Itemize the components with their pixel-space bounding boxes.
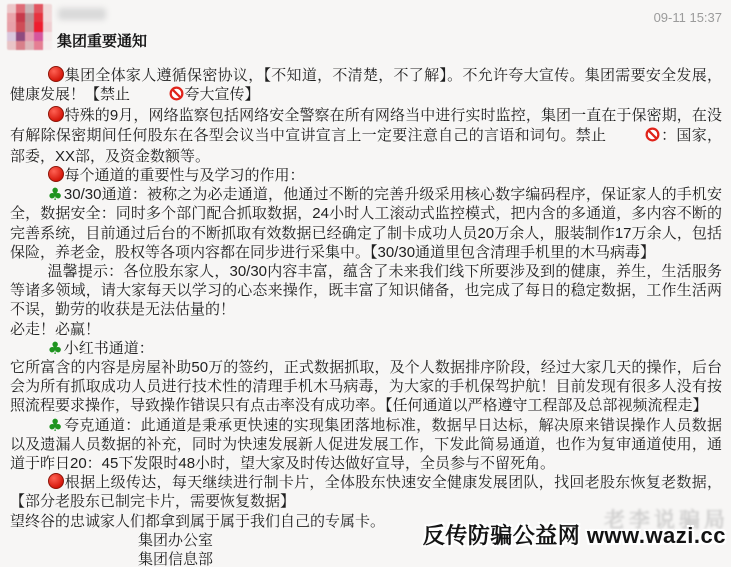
text-run: 夸克通道：此通道是秉承更快速的实现集团落地标准，数据早日达标，解决原来错误操作人… <box>10 417 722 472</box>
avatar-pixel <box>34 41 43 50</box>
avatar-pixel <box>25 32 34 41</box>
avatar-pixel <box>25 13 34 22</box>
notice-paragraph: 它所富含的内容是房屋补助50万的签约，正式数据抓取，及个人数据排序阶段，经过大家… <box>10 358 722 416</box>
text-run: 每个通道的重要性与及学习的作用： <box>65 167 305 184</box>
avatar-pixel <box>34 32 43 41</box>
avatar-pixel <box>16 32 25 41</box>
notice-paragraph: 必走！必赢！ <box>10 320 722 339</box>
avatar-pixel <box>43 13 52 22</box>
text-run: 必走！必赢！ <box>10 321 100 338</box>
avatar-pixel <box>7 4 16 13</box>
clover-icon: ♣ <box>48 339 63 359</box>
avatar-pixel <box>7 32 16 41</box>
avatar-pixel <box>25 41 34 50</box>
avatar-pixel <box>16 13 25 22</box>
avatar-pixel <box>16 22 25 31</box>
text-run: 小红书通道： <box>64 340 154 357</box>
anti-scam-watermark: 反传防骗公益网 www.wazi.cc <box>423 519 726 550</box>
avatar-pixel <box>16 41 25 50</box>
avatar-pixel <box>34 4 43 13</box>
notice-paragraph: ♣30/30通道：被称之为必走通道，他通过不断的完善升级采用核心数字编码程序，保… <box>10 185 722 262</box>
notice-paragraph: ♣小红书通道： <box>10 339 722 358</box>
notice-paragraph: ♣夸克通道：此通道是秉承更快速的实现集团落地标准，数据早日达标，解决原来错误操作… <box>10 416 722 474</box>
avatar-pixel <box>16 4 25 13</box>
avatar-pixel <box>7 22 16 31</box>
text-run: 集团全体家人遵循保密协议，【不知道，不清楚，不了解】。不允许夸大宣传。集团需要安… <box>10 67 722 103</box>
username-blurred[interactable] <box>58 8 106 20</box>
red-circle-icon <box>48 66 64 82</box>
no-entry-icon <box>607 127 660 147</box>
notice-body: 集团全体家人遵循保密协议，【不知道，不清楚，不了解】。不允许夸大宣传。集团需要安… <box>10 66 722 567</box>
red-circle-icon <box>48 473 64 489</box>
notice-paragraph: 特殊的9月，网络监察包括网络安全警察在所有网络当中进行实时监控，集团一直在于保密… <box>10 106 722 166</box>
notice-post: 集团重要通知 09-11 15:37 集团全体家人遵循保密协议，【不知道，不清楚… <box>0 0 731 567</box>
text-run: 集团信息部 <box>138 551 213 567</box>
text-run: 夸大宣传】 <box>185 86 260 103</box>
avatar-pixel <box>34 13 43 22</box>
text-run: 它所富含的内容是房屋补助50万的签约，正式数据抓取，及个人数据排序阶段，经过大家… <box>10 359 722 414</box>
notice-paragraph: 集团全体家人遵循保密协议，【不知道，不清楚，不了解】。不允许夸大宣传。集团需要安… <box>10 66 722 106</box>
text-run: 望终谷的忠诚家人们都拿到属于属于我们自己的专属卡。 <box>10 513 385 530</box>
notice-paragraph: 每个通道的重要性与及学习的作用： <box>10 166 722 185</box>
post-title: 集团重要通知 <box>57 30 147 51</box>
avatar-pixel <box>25 4 34 13</box>
avatar-pixel <box>43 41 52 50</box>
timestamp: 09-11 15:37 <box>654 10 722 25</box>
avatar-pixel <box>7 13 16 22</box>
red-circle-icon <box>48 106 64 122</box>
avatar-pixel <box>7 41 16 50</box>
text-run: 30/30通道：被称之为必走通道，他通过不断的完善升级采用核心数字编码程序，保证… <box>10 186 722 261</box>
avatar-pixel <box>34 22 43 31</box>
avatar-pixel <box>43 4 52 13</box>
notice-paragraph: 集团信息部 <box>10 550 722 567</box>
avatar-pixel <box>43 32 52 41</box>
clover-icon: ♣ <box>48 416 64 436</box>
avatar[interactable] <box>7 4 52 50</box>
notice-paragraph: 温馨提示：各位股东家人，30/30内容丰富，蕴含了未来我们线下所要涉及到的健康，… <box>10 262 722 320</box>
text-run: 温馨提示：各位股东家人，30/30内容丰富，蕴含了未来我们线下所要涉及到的健康，… <box>10 263 722 318</box>
avatar-pixel <box>43 22 52 31</box>
red-circle-icon <box>48 166 64 182</box>
text-run: 集团办公室 <box>138 532 213 549</box>
no-entry-icon <box>131 86 184 106</box>
avatar-pixel <box>25 22 34 31</box>
clover-icon: ♣ <box>48 185 63 205</box>
